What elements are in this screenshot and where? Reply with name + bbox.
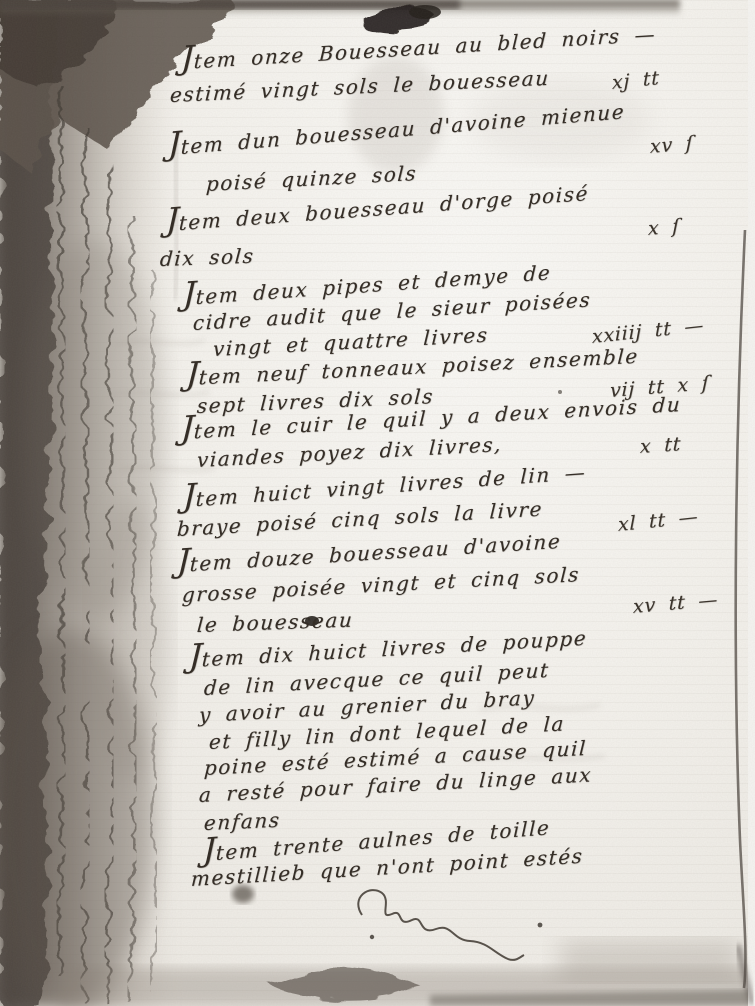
manuscript-line: poisé quinze sols [205, 161, 418, 196]
manuscript-text-layer: Jtem onze Bouesseau au bled noirs —estim… [0, 0, 755, 1006]
entry-initial: J [182, 476, 196, 515]
margin-amount: x tt [640, 433, 682, 458]
entry-initial: J [166, 200, 180, 239]
entry-initial: J [180, 38, 195, 77]
margin-amount: xj tt [612, 67, 660, 94]
entry-initial: J [203, 830, 217, 869]
entry-initial: J [168, 124, 182, 163]
entry-initial: J [180, 408, 195, 447]
manuscript-line: le bouesseau [196, 608, 354, 638]
margin-amount: xxiiij tt — [592, 314, 704, 348]
manuscript-line: estimé vingt sols le bouesseau [169, 66, 550, 107]
entry-initial: J [176, 541, 190, 580]
margin-amount: xv tt — [633, 588, 718, 618]
manuscript-line: Jtem dun bouesseau d'avoine mienue [168, 99, 626, 160]
entry-initial: J [185, 354, 200, 393]
margin-amount: xl tt — [618, 505, 698, 536]
manuscript-scan: Jtem onze Bouesseau au bled noirs —estim… [0, 0, 755, 1006]
manuscript-line: Jtem onze Bouesseau au bled noirs — [180, 22, 656, 74]
margin-amount: x ſ [648, 215, 680, 240]
entry-initial: J [188, 636, 203, 675]
margin-amount: xv ſ [650, 132, 694, 158]
manuscript-line: dix sols [159, 244, 255, 271]
entry-initial: J [182, 274, 196, 313]
